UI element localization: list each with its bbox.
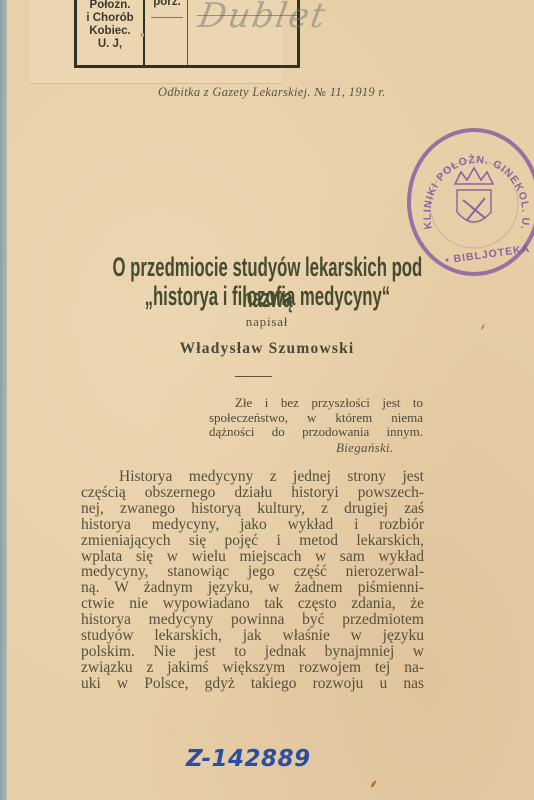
institution-line: Kobiec. bbox=[77, 25, 143, 38]
strike-line bbox=[197, 15, 297, 16]
epigraph-attribution: Biegański. bbox=[336, 440, 394, 456]
body-line: częścią obszernego działu historyi powsz… bbox=[81, 485, 424, 501]
offprint-note: Odbitka z Gazety Lekarskiej. № 11, 1919 … bbox=[158, 85, 386, 100]
body-line: historya medycyny, jako wykład i rozbiór bbox=[81, 517, 424, 533]
shelf-mark: Z-142889 bbox=[186, 746, 311, 772]
library-number-column: porz. bbox=[147, 0, 188, 65]
body-line: medycyny, stanowiąc jego część nierozerw… bbox=[81, 564, 424, 580]
epigraph-line: dążności do przodowania innym. bbox=[209, 425, 423, 440]
body-line: związku z jakimś większym rozwojem tej n… bbox=[81, 660, 424, 676]
column-header: porz. bbox=[153, 0, 180, 8]
binding-edge bbox=[0, 0, 7, 800]
body-line: ctwie nie wypowiadano tak często zdania,… bbox=[81, 596, 424, 612]
epigraph-line: Złe i bez przyszłości jest to bbox=[209, 396, 423, 411]
body-paragraph: Historya medycyny z jednej strony jest c… bbox=[81, 469, 424, 692]
handwritten-note: Dublet bbox=[195, 0, 330, 36]
svg-text:KLINIKI POŁOŻN. GINEKOL. U. J.: KLINIKI POŁOŻN. GINEKOL. U. J. bbox=[411, 132, 532, 231]
body-line: Historya medycyny z jednej strony jest bbox=[81, 469, 424, 485]
body-line: uki w Polsce, gdyż takiego rozwoju u nas bbox=[81, 676, 424, 692]
body-line: zmieniających się pojęć i metod lekarski… bbox=[81, 533, 424, 549]
institution-line: i Chorób bbox=[77, 12, 143, 25]
library-institution: Położn. i Chorób Kobiec. U. J, bbox=[77, 0, 145, 65]
paper-stain bbox=[370, 780, 377, 788]
body-line: nej, zwanego historyą kultury, z drugiej… bbox=[81, 501, 424, 517]
byline-label: napisał bbox=[0, 314, 534, 330]
epigraph-line: społeczeństwo, w którem niema bbox=[209, 411, 423, 426]
institution-line: U. J, bbox=[77, 38, 143, 51]
scanned-page: Położn. i Chorób Kobiec. U. J, porz. Dub… bbox=[0, 0, 534, 800]
body-line: wplata się w wielu miejscach w sam wykła… bbox=[81, 549, 424, 565]
article-title-line-2: „historya i filozofia medycyny“ bbox=[102, 281, 433, 312]
body-line: studyów lekarskich, jak właśnie w języku bbox=[81, 628, 424, 644]
paper-stain bbox=[140, 33, 144, 37]
body-line: historya medycyny powinna być przedmiote… bbox=[81, 612, 424, 628]
institution-line: Położn. bbox=[77, 0, 143, 12]
library-label-box: Położn. i Chorób Kobiec. U. J, porz. Dub… bbox=[74, 0, 300, 68]
body-line: polskim. Nie jest to jednak bynajmniej w bbox=[81, 644, 424, 660]
author-name: Władysław Szumowski bbox=[0, 340, 534, 358]
label-rule bbox=[151, 17, 183, 18]
library-label: Położn. i Chorób Kobiec. U. J, porz. Dub… bbox=[30, 0, 282, 83]
epigraph: Złe i bez przyszłości jest to społeczeńs… bbox=[209, 396, 423, 440]
section-divider bbox=[235, 376, 272, 377]
body-line: ną. W żadnym języku, w żadnem piśmienni- bbox=[81, 580, 424, 596]
